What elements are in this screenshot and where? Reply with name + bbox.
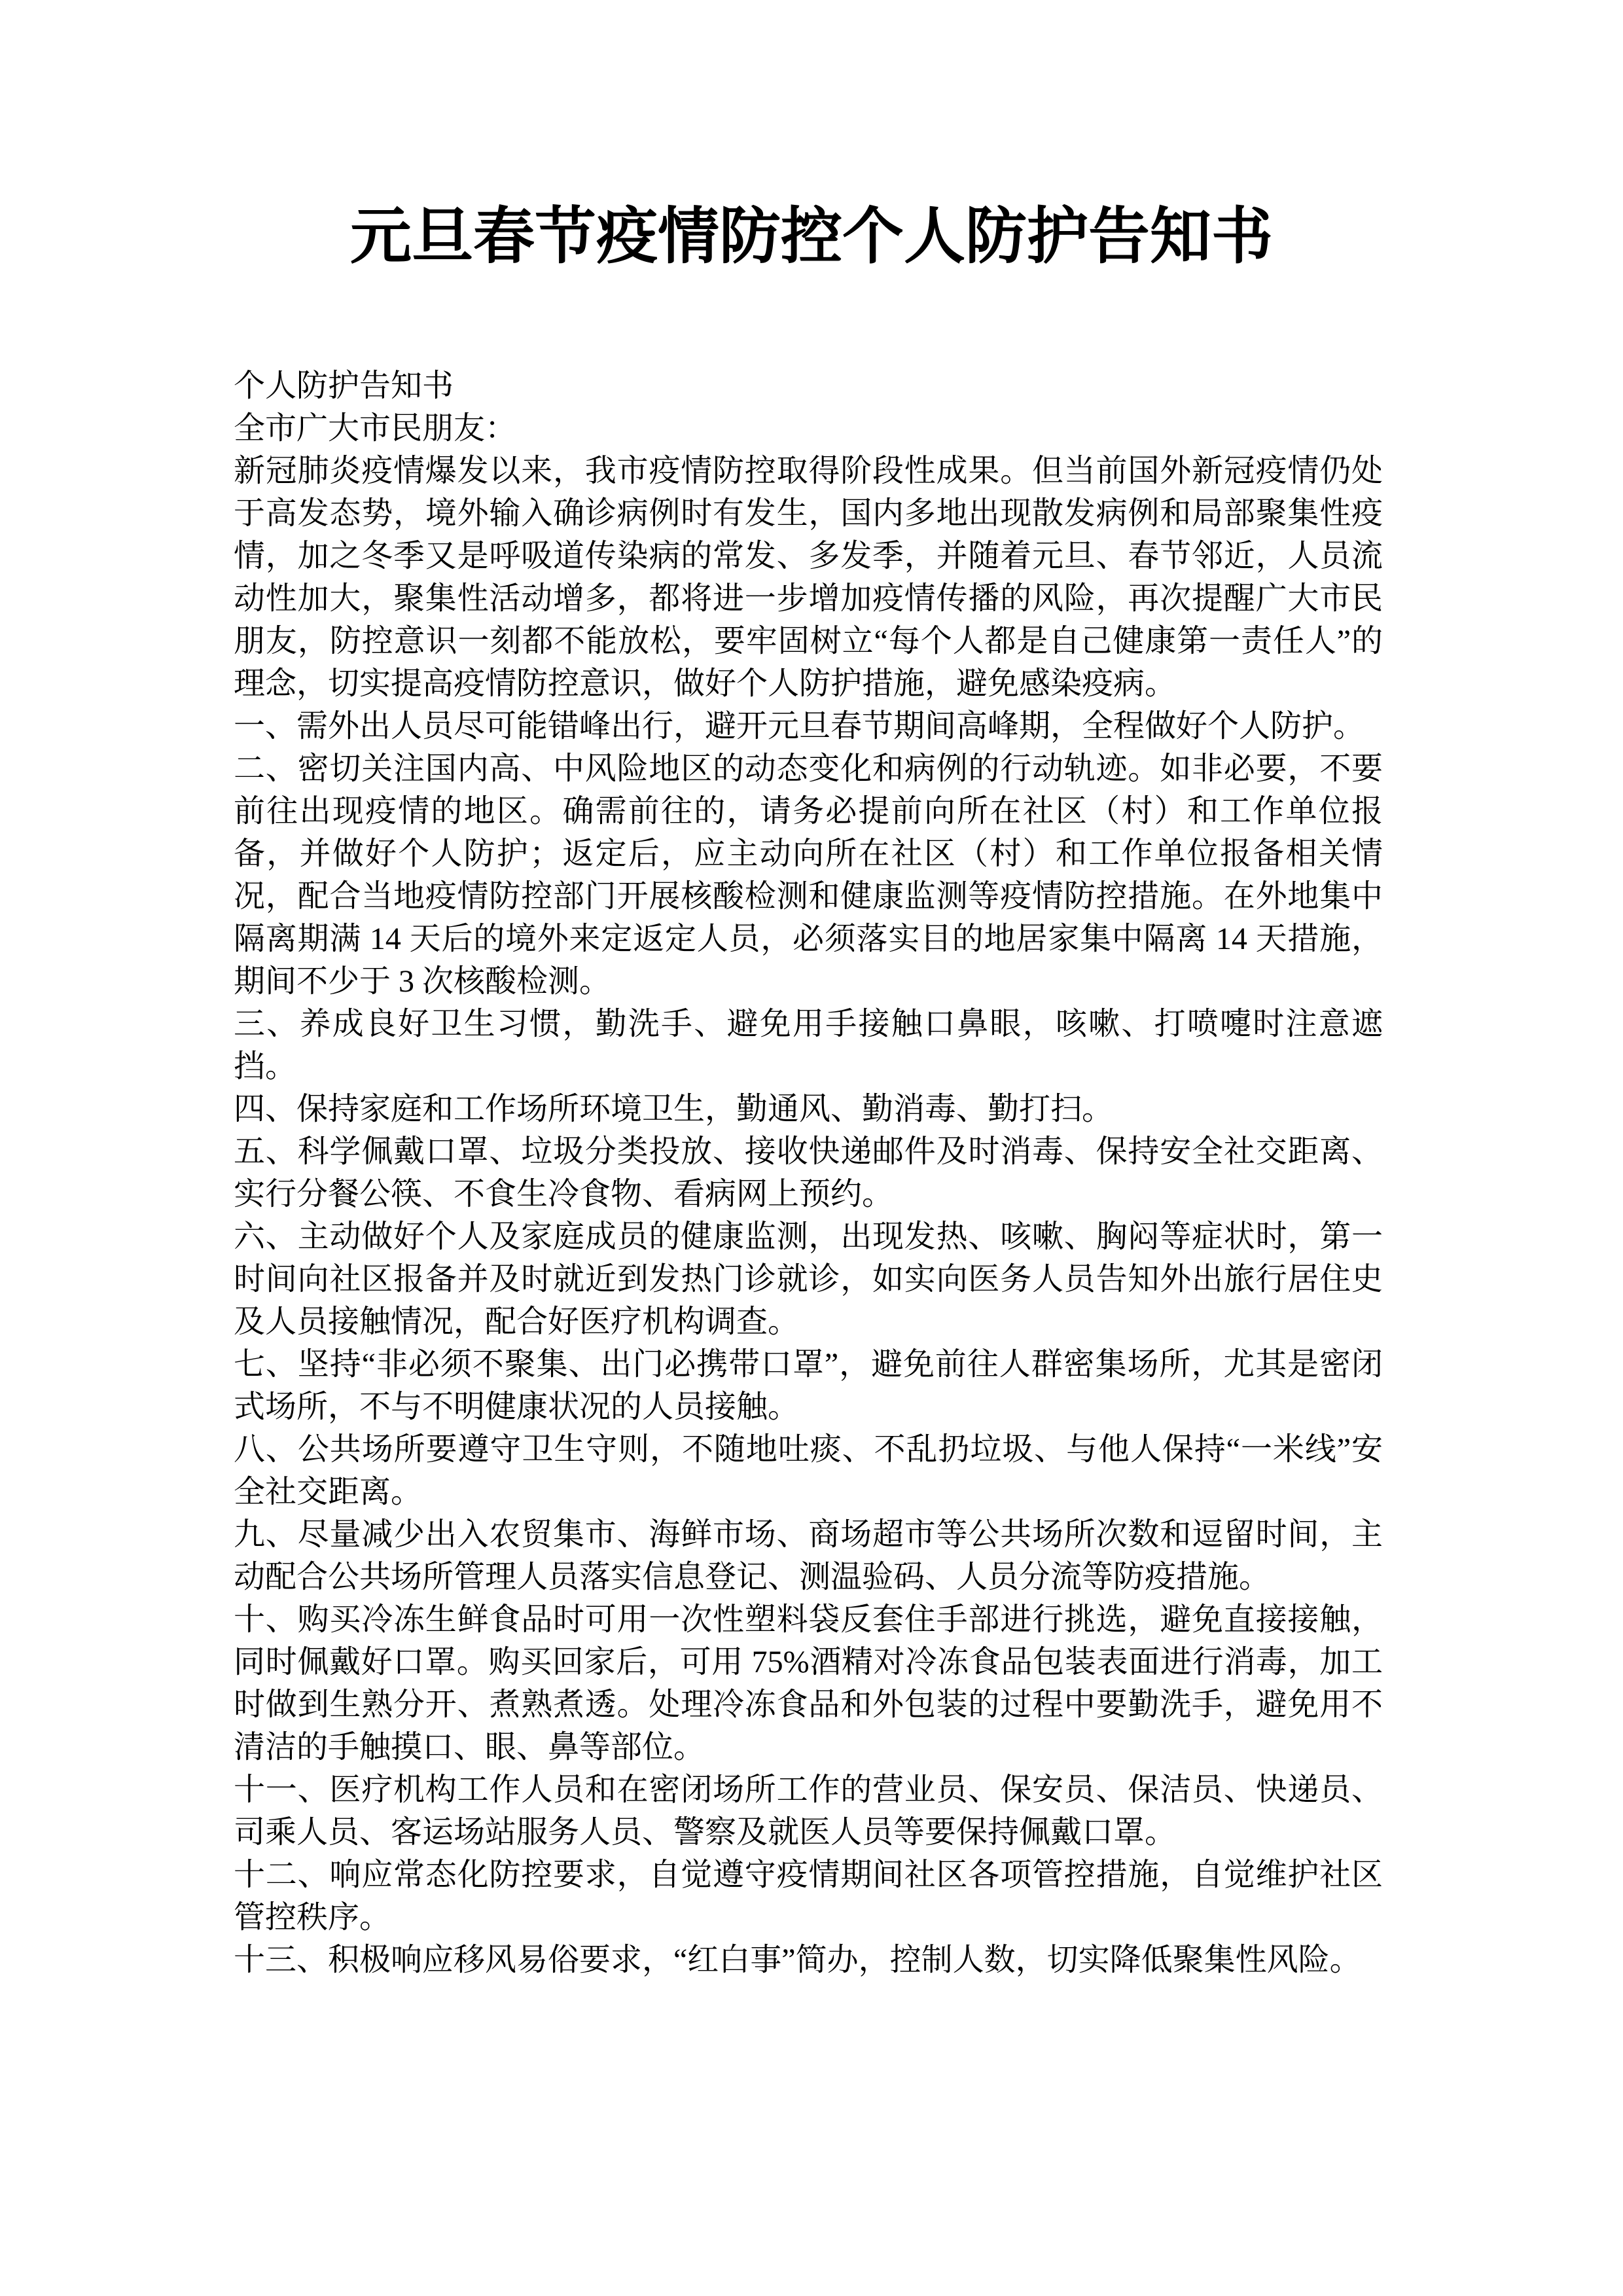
paragraph-intro: 新冠肺炎疫情爆发以来，我市疫情防控取得阶段性成果。但当前国外新冠疫情仍处于高发态… [234, 450, 1383, 705]
paragraph-item-2: 二、密切关注国内高、中风险地区的动态变化和病例的行动轨迹。如非必要，不要前往出现… [234, 747, 1383, 1003]
paragraph-item-4: 四、保持家庭和工作场所环境卫生，勤通风、勤消毒、勤打扫。 [234, 1088, 1383, 1130]
paragraph-salutation-heading: 个人防护告知书 [234, 365, 1383, 407]
paragraph-item-3: 三、养成良好卫生习惯，勤洗手、避免用手接触口鼻眼，咳嗽、打喷嚏时注意遮挡。 [234, 1003, 1383, 1088]
document-body: 个人防护告知书 全市广大市民朋友： 新冠肺炎疫情爆发以来，我市疫情防控取得阶段性… [234, 365, 1383, 1981]
paragraph-item-9: 九、尽量减少出入农贸集市、海鲜市场、商场超市等公共场所次数和逗留时间，主动配合公… [234, 1513, 1383, 1598]
paragraph-item-6: 六、主动做好个人及家庭成员的健康监测，出现发热、咳嗽、胸闷等症状时，第一时间向社… [234, 1215, 1383, 1343]
paragraph-item-10: 十、购买冷冻生鲜食品时可用一次性塑料袋反套住手部进行挑选，避免直接接触，同时佩戴… [234, 1598, 1383, 1768]
paragraph-item-7: 七、坚持“非必须不聚集、出门必携带口罩”，避免前往人群密集场所，尤其是密闭式场所… [234, 1343, 1383, 1428]
paragraph-item-13: 十三、积极响应移风易俗要求，“红白事”简办，控制人数，切实降低聚集性风险。 [234, 1939, 1383, 1981]
paragraph-item-1: 一、需外出人员尽可能错峰出行，避开元旦春节期间高峰期，全程做好个人防护。 [234, 705, 1383, 747]
paragraph-item-5: 五、科学佩戴口罩、垃圾分类投放、接收快递邮件及时消毒、保持安全社交距离、实行分餐… [234, 1130, 1383, 1215]
paragraph-item-12: 十二、响应常态化防控要求，自觉遵守疫情期间社区各项管控措施，自觉维护社区管控秩序… [234, 1854, 1383, 1939]
paragraph-item-8: 八、公共场所要遵守卫生守则，不随地吐痰、不乱扔垃圾、与他人保持“一米线”安全社交… [234, 1428, 1383, 1513]
document-title: 元旦春节疫情防控个人防护告知书 [0, 0, 1623, 274]
paragraph-item-11: 十一、医疗机构工作人员和在密闭场所工作的营业员、保安员、保洁员、快递员、司乘人员… [234, 1768, 1383, 1854]
paragraph-salutation: 全市广大市民朋友： [234, 407, 1383, 450]
document-page: 元旦春节疫情防控个人防护告知书 个人防护告知书 全市广大市民朋友： 新冠肺炎疫情… [0, 0, 1623, 2296]
